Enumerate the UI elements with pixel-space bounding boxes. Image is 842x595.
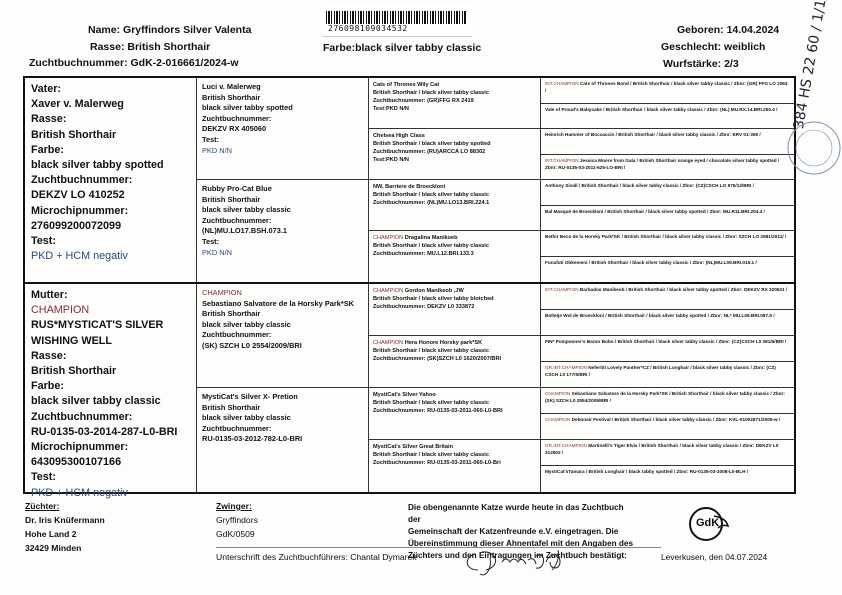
- signature-icon: [462, 548, 572, 578]
- great-great-grandparent-cell: Bal Masqué de Broeckloni / British Short…: [541, 206, 794, 232]
- kennel-block: Zwinger: Gryffindors GdK/0509: [216, 499, 258, 541]
- great-great-grandparent-cell: Bolletje Wol de Broeckloni / British Sho…: [541, 310, 794, 336]
- great-great-grandparent-cell: Anthony Sivall / British Shorthair / bla…: [541, 180, 794, 206]
- great-great-grandparent-cell: GR.INT.CHAMPION Martinelli's Tiger Elvis…: [541, 440, 794, 466]
- pedigree-table: Vater: Xaver v. Malerweg Rasse: British …: [23, 76, 796, 494]
- cat-breed: Rasse: British Shorthair: [90, 41, 210, 53]
- handwritten-note-and-stamp: 384 HS 22 60 / 1/1/2025: [780, 0, 842, 200]
- great-grandparent-cell: CHAMPION Gordon Manikeob ,JWBritish Shor…: [369, 284, 540, 336]
- great-grandparent-cell: CHAMPION Hera Honore Horsky park*SKBriti…: [369, 336, 540, 388]
- great-grandparent-cell: CHAMPION Dragalina ManikoebBritish Short…: [369, 231, 540, 282]
- grandparent-cell: MystiCat's Silver X- PretionBritish Shor…: [197, 388, 368, 492]
- great-grandparent-cell: MystiCat's Silver YahooBritish Shorthair…: [369, 388, 540, 440]
- signature-divider: [216, 547, 661, 548]
- sex: Geschlecht: weiblich: [661, 41, 765, 53]
- great-grandparent-cell: MystiCat's Silver Great BritainBritish S…: [369, 440, 540, 492]
- great-great-grandparent-cell: FIN* Pomponner's Baron Bobo / British Sh…: [541, 336, 794, 362]
- mother-cell: Mutter: CHAMPION RUS*MYSTICAT'S SILVER W…: [25, 284, 196, 505]
- great-great-grandparent-cell: INT.CHAMPION Cats of Thrones Bond / Brit…: [541, 78, 794, 104]
- handwritten-note: 384 HS 22 60 / 1/1/2025: [791, 0, 837, 130]
- paternal-line: Vater: Xaver v. Malerweg Rasse: British …: [25, 78, 794, 284]
- great-great-grandparent-cell: GR.INT.CHAMPION Nefertiti Lovely Panther…: [541, 362, 794, 388]
- litter-size: Wurfstärke: 2/3: [663, 58, 739, 70]
- great-grandparent-cell: Chelsea High ClassBritish Shorthair / bl…: [369, 129, 540, 180]
- grandparent-cell: CHAMPIONSebastiano Salvatore de la Horsk…: [197, 284, 368, 388]
- great-grandparent-cell: NW, Barriere de BroeckloniBritish Shorth…: [369, 180, 540, 231]
- cat-studbook-number: Zuchtbuchnummer: GdK-2-016661/2024-w: [29, 57, 239, 69]
- grandparent-cell: Rubby Pro-Cat BlueBritish Shorthairblack…: [197, 180, 368, 282]
- svg-text:GdK: GdK: [696, 517, 719, 529]
- great-great-grandparent-cell: CHAMPION Sebastiano Salvatore de la Hors…: [541, 388, 794, 414]
- father-cell: Vater: Xaver v. Malerweg Rasse: British …: [25, 78, 196, 268]
- great-grandparent-cell: Cats of Thrones Wily CatBritish Shorthai…: [369, 78, 540, 129]
- breeder-block: Züchter: Dr. Iris Knüfermann Hohe Land 2…: [25, 499, 105, 555]
- grandparent-cell: Luci v. MalerwegBritish Shorthairblack s…: [197, 78, 368, 180]
- barcode-icon: [326, 11, 466, 24]
- barcode-sticker: 276098109034532: [322, 4, 472, 37]
- place-date: Leverkusen, den 04.07.2024: [661, 550, 767, 564]
- great-great-grandparent-cell: MystiCat'sTamara / British Longhair / bl…: [541, 466, 794, 492]
- great-great-grandparent-cell: Heinrich Hammer of Boccaccio / British S…: [541, 129, 794, 155]
- cat-color: Farbe:black silver tabby classic: [323, 42, 481, 54]
- gdk-logo-icon: GdK: [688, 504, 730, 544]
- great-great-grandparent-cell: Funafuti Obkemeni / British Shorthair / …: [541, 257, 794, 283]
- great-great-grandparent-cell: CHAMPION Debonair Festival / British Sho…: [541, 414, 794, 440]
- great-great-grandparent-cell: INT.CHAMPION Barbados Manikeob / British…: [541, 284, 794, 310]
- barcode-number: 276098109034532: [328, 24, 472, 33]
- cat-name: Name: Gryffindors Silver Valenta: [88, 24, 251, 36]
- maternal-line: Mutter: CHAMPION RUS*MYSTICAT'S SILVER W…: [25, 284, 794, 492]
- signature-label: Unterschrift des Zuchtbuchführers: Chant…: [216, 550, 417, 564]
- birth-date: Geboren: 14.04.2024: [677, 24, 779, 36]
- great-great-grandparent-cell: Bethir Beco de la Horsky Park*SK / Briti…: [541, 231, 794, 257]
- great-great-grandparent-cell: INT.CHAMPION Jessica Moore from Gala / B…: [541, 155, 794, 181]
- great-great-grandparent-cell: Vale of Proud's Babycake / British Short…: [541, 104, 794, 130]
